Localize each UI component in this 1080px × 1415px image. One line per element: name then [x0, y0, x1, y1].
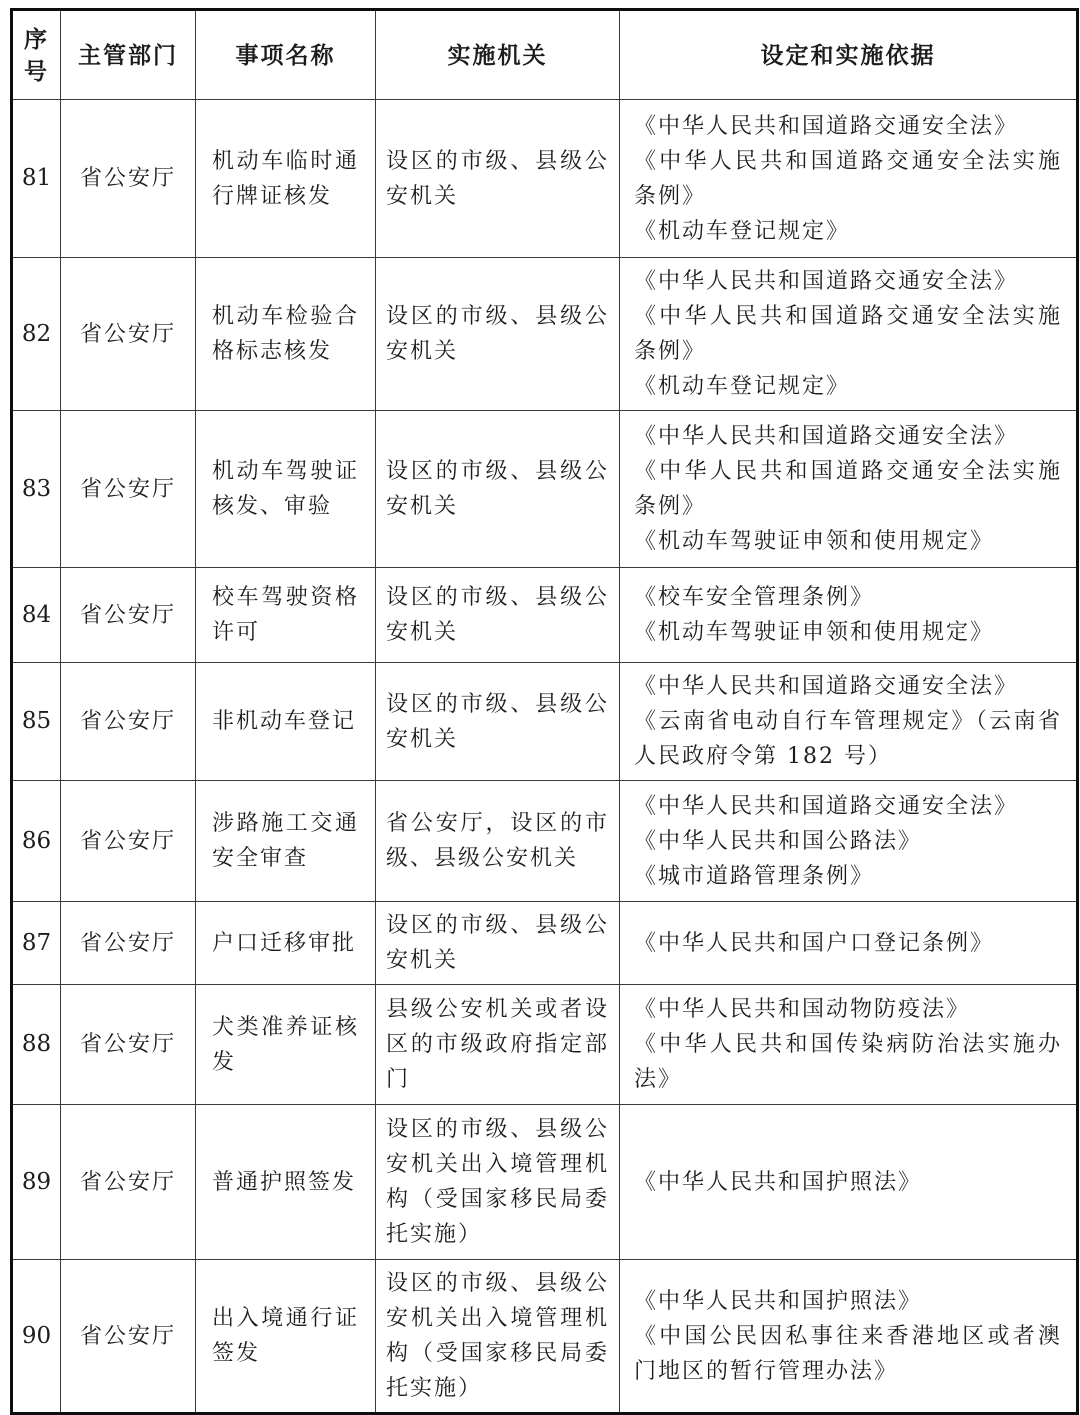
department-cell: 省公安厅	[61, 781, 196, 902]
table-row: 85 省公安厅 非机动车登记 设区的市级、县级公安机关 《中华人民共和国道路交通…	[12, 663, 1078, 781]
law-basis-line: 《城市道路管理条例》	[634, 859, 1062, 894]
legal-basis-cell: 《中华人民共和国道路交通安全法》《中华人民共和国道路交通安全法实施条例》《机动车…	[620, 258, 1078, 411]
department-cell: 省公安厅	[61, 258, 196, 411]
implementing-agency-cell: 设区的市级、县级公安机关	[376, 663, 620, 781]
implementing-agency-cell: 省公安厅，设区的市级、县级公安机关	[376, 781, 620, 902]
law-basis-line: 《中华人民共和国道路交通安全法实施条例》	[634, 299, 1062, 369]
law-basis-line: 《中华人民共和国公路法》	[634, 824, 1062, 859]
department-cell: 省公安厅	[61, 1260, 196, 1414]
serial-number-cell: 84	[12, 568, 61, 663]
table-row: 90 省公安厅 出入境通行证签发 设区的市级、县级公安机关出入境管理机构（受国家…	[12, 1260, 1078, 1414]
implementing-agency-cell: 设区的市级、县级公安机关	[376, 568, 620, 663]
legal-basis-cell: 《中华人民共和国动物防疫法》《中华人民共和国传染病防治法实施办法》	[620, 985, 1078, 1105]
law-basis-line: 《机动车登记规定》	[634, 369, 1062, 404]
law-basis-line: 《中华人民共和国道路交通安全法实施条例》	[634, 454, 1062, 524]
law-basis-line: 《中国公民因私事往来香港地区或者澳门地区的暂行管理办法》	[634, 1319, 1062, 1389]
table-row: 88 省公安厅 犬类准养证核发 县级公安机关或者设区的市级政府指定部门 《中华人…	[12, 985, 1078, 1105]
law-basis-line: 《中华人民共和国道路交通安全法》	[634, 419, 1062, 454]
law-basis-line: 《中华人民共和国传染病防治法实施办法》	[634, 1027, 1062, 1097]
legal-basis-cell: 《中华人民共和国道路交通安全法》《中华人民共和国道路交通安全法实施条例》《机动车…	[620, 411, 1078, 568]
permit-items-table: 序号 主管部门 事项名称 实施机关 设定和实施依据 81 省公安厅 机动车临时通…	[10, 8, 1079, 1415]
law-basis-line: 《中华人民共和国道路交通安全法》	[634, 669, 1062, 704]
serial-number-cell: 89	[12, 1105, 61, 1260]
serial-number-cell: 83	[12, 411, 61, 568]
law-basis-line: 《中华人民共和国道路交通安全法》	[634, 789, 1062, 824]
table-row: 84 省公安厅 校车驾驶资格许可 设区的市级、县级公安机关 《校车安全管理条例》…	[12, 568, 1078, 663]
item-name-cell: 非机动车登记	[196, 663, 376, 781]
item-name-cell: 机动车检验合格标志核发	[196, 258, 376, 411]
legal-basis-cell: 《中华人民共和国道路交通安全法》《云南省电动自行车管理规定》（云南省人民政府令第…	[620, 663, 1078, 781]
legal-basis-cell: 《中华人民共和国护照法》《中国公民因私事往来香港地区或者澳门地区的暂行管理办法》	[620, 1260, 1078, 1414]
legal-basis-cell: 《校车安全管理条例》《机动车驾驶证申领和使用规定》	[620, 568, 1078, 663]
implementing-agency-cell: 设区的市级、县级公安机关	[376, 100, 620, 258]
law-basis-line: 《中华人民共和国护照法》	[634, 1165, 1062, 1200]
department-cell: 省公安厅	[61, 568, 196, 663]
law-basis-line: 《中华人民共和国道路交通安全法》	[634, 264, 1062, 299]
item-name-cell: 户口迁移审批	[196, 902, 376, 985]
table-row: 82 省公安厅 机动车检验合格标志核发 设区的市级、县级公安机关 《中华人民共和…	[12, 258, 1078, 411]
law-basis-line: 《中华人民共和国护照法》	[634, 1284, 1062, 1319]
department-cell: 省公安厅	[61, 902, 196, 985]
item-name-cell: 机动车驾驶证核发、审验	[196, 411, 376, 568]
legal-basis-cell: 《中华人民共和国户口登记条例》	[620, 902, 1078, 985]
table-row: 87 省公安厅 户口迁移审批 设区的市级、县级公安机关 《中华人民共和国户口登记…	[12, 902, 1078, 985]
item-name-cell: 机动车临时通行牌证核发	[196, 100, 376, 258]
law-basis-line: 《云南省电动自行车管理规定》（云南省人民政府令第 182 号）	[634, 704, 1062, 774]
item-name-cell: 涉路施工交通安全审查	[196, 781, 376, 902]
law-basis-line: 《中华人民共和国户口登记条例》	[634, 926, 1062, 961]
table-row: 81 省公安厅 机动车临时通行牌证核发 设区的市级、县级公安机关 《中华人民共和…	[12, 100, 1078, 258]
department-cell: 省公安厅	[61, 1105, 196, 1260]
item-name-cell: 出入境通行证签发	[196, 1260, 376, 1414]
serial-number-cell: 85	[12, 663, 61, 781]
col-header-serial-number: 序号	[12, 10, 61, 100]
table-header-row: 序号 主管部门 事项名称 实施机关 设定和实施依据	[12, 10, 1078, 100]
law-basis-line: 《中华人民共和国道路交通安全法》	[634, 109, 1062, 144]
law-basis-line: 《机动车驾驶证申领和使用规定》	[634, 615, 1062, 650]
item-name-cell: 犬类准养证核发	[196, 985, 376, 1105]
department-cell: 省公安厅	[61, 411, 196, 568]
col-header-legal-basis: 设定和实施依据	[620, 10, 1078, 100]
department-cell: 省公安厅	[61, 985, 196, 1105]
col-header-item-name: 事项名称	[196, 10, 376, 100]
col-header-department: 主管部门	[61, 10, 196, 100]
law-basis-line: 《机动车登记规定》	[634, 214, 1062, 249]
serial-number-cell: 81	[12, 100, 61, 258]
law-basis-line: 《校车安全管理条例》	[634, 580, 1062, 615]
col-header-implementing-agency: 实施机关	[376, 10, 620, 100]
item-name-cell: 校车驾驶资格许可	[196, 568, 376, 663]
serial-number-cell: 88	[12, 985, 61, 1105]
table-row: 83 省公安厅 机动车驾驶证核发、审验 设区的市级、县级公安机关 《中华人民共和…	[12, 411, 1078, 568]
table-row: 89 省公安厅 普通护照签发 设区的市级、县级公安机关出入境管理机构（受国家移民…	[12, 1105, 1078, 1260]
implementing-agency-cell: 设区的市级、县级公安机关	[376, 902, 620, 985]
scanned-document-page: 序号 主管部门 事项名称 实施机关 设定和实施依据 81 省公安厅 机动车临时通…	[0, 0, 1080, 1403]
serial-number-cell: 87	[12, 902, 61, 985]
item-name-cell: 普通护照签发	[196, 1105, 376, 1260]
department-cell: 省公安厅	[61, 100, 196, 258]
implementing-agency-cell: 设区的市级、县级公安机关出入境管理机构（受国家移民局委托实施）	[376, 1260, 620, 1414]
table-body: 81 省公安厅 机动车临时通行牌证核发 设区的市级、县级公安机关 《中华人民共和…	[12, 100, 1078, 1414]
implementing-agency-cell: 设区的市级、县级公安机关	[376, 411, 620, 568]
law-basis-line: 《中华人民共和国道路交通安全法实施条例》	[634, 144, 1062, 214]
serial-number-cell: 90	[12, 1260, 61, 1414]
implementing-agency-cell: 设区的市级、县级公安机关出入境管理机构（受国家移民局委托实施）	[376, 1105, 620, 1260]
implementing-agency-cell: 设区的市级、县级公安机关	[376, 258, 620, 411]
serial-number-cell: 82	[12, 258, 61, 411]
serial-number-cell: 86	[12, 781, 61, 902]
department-cell: 省公安厅	[61, 663, 196, 781]
law-basis-line: 《中华人民共和国动物防疫法》	[634, 992, 1062, 1027]
legal-basis-cell: 《中华人民共和国道路交通安全法》《中华人民共和国公路法》《城市道路管理条例》	[620, 781, 1078, 902]
legal-basis-cell: 《中华人民共和国护照法》	[620, 1105, 1078, 1260]
implementing-agency-cell: 县级公安机关或者设区的市级政府指定部门	[376, 985, 620, 1105]
table-row: 86 省公安厅 涉路施工交通安全审查 省公安厅，设区的市级、县级公安机关 《中华…	[12, 781, 1078, 902]
law-basis-line: 《机动车驾驶证申领和使用规定》	[634, 524, 1062, 559]
legal-basis-cell: 《中华人民共和国道路交通安全法》《中华人民共和国道路交通安全法实施条例》《机动车…	[620, 100, 1078, 258]
